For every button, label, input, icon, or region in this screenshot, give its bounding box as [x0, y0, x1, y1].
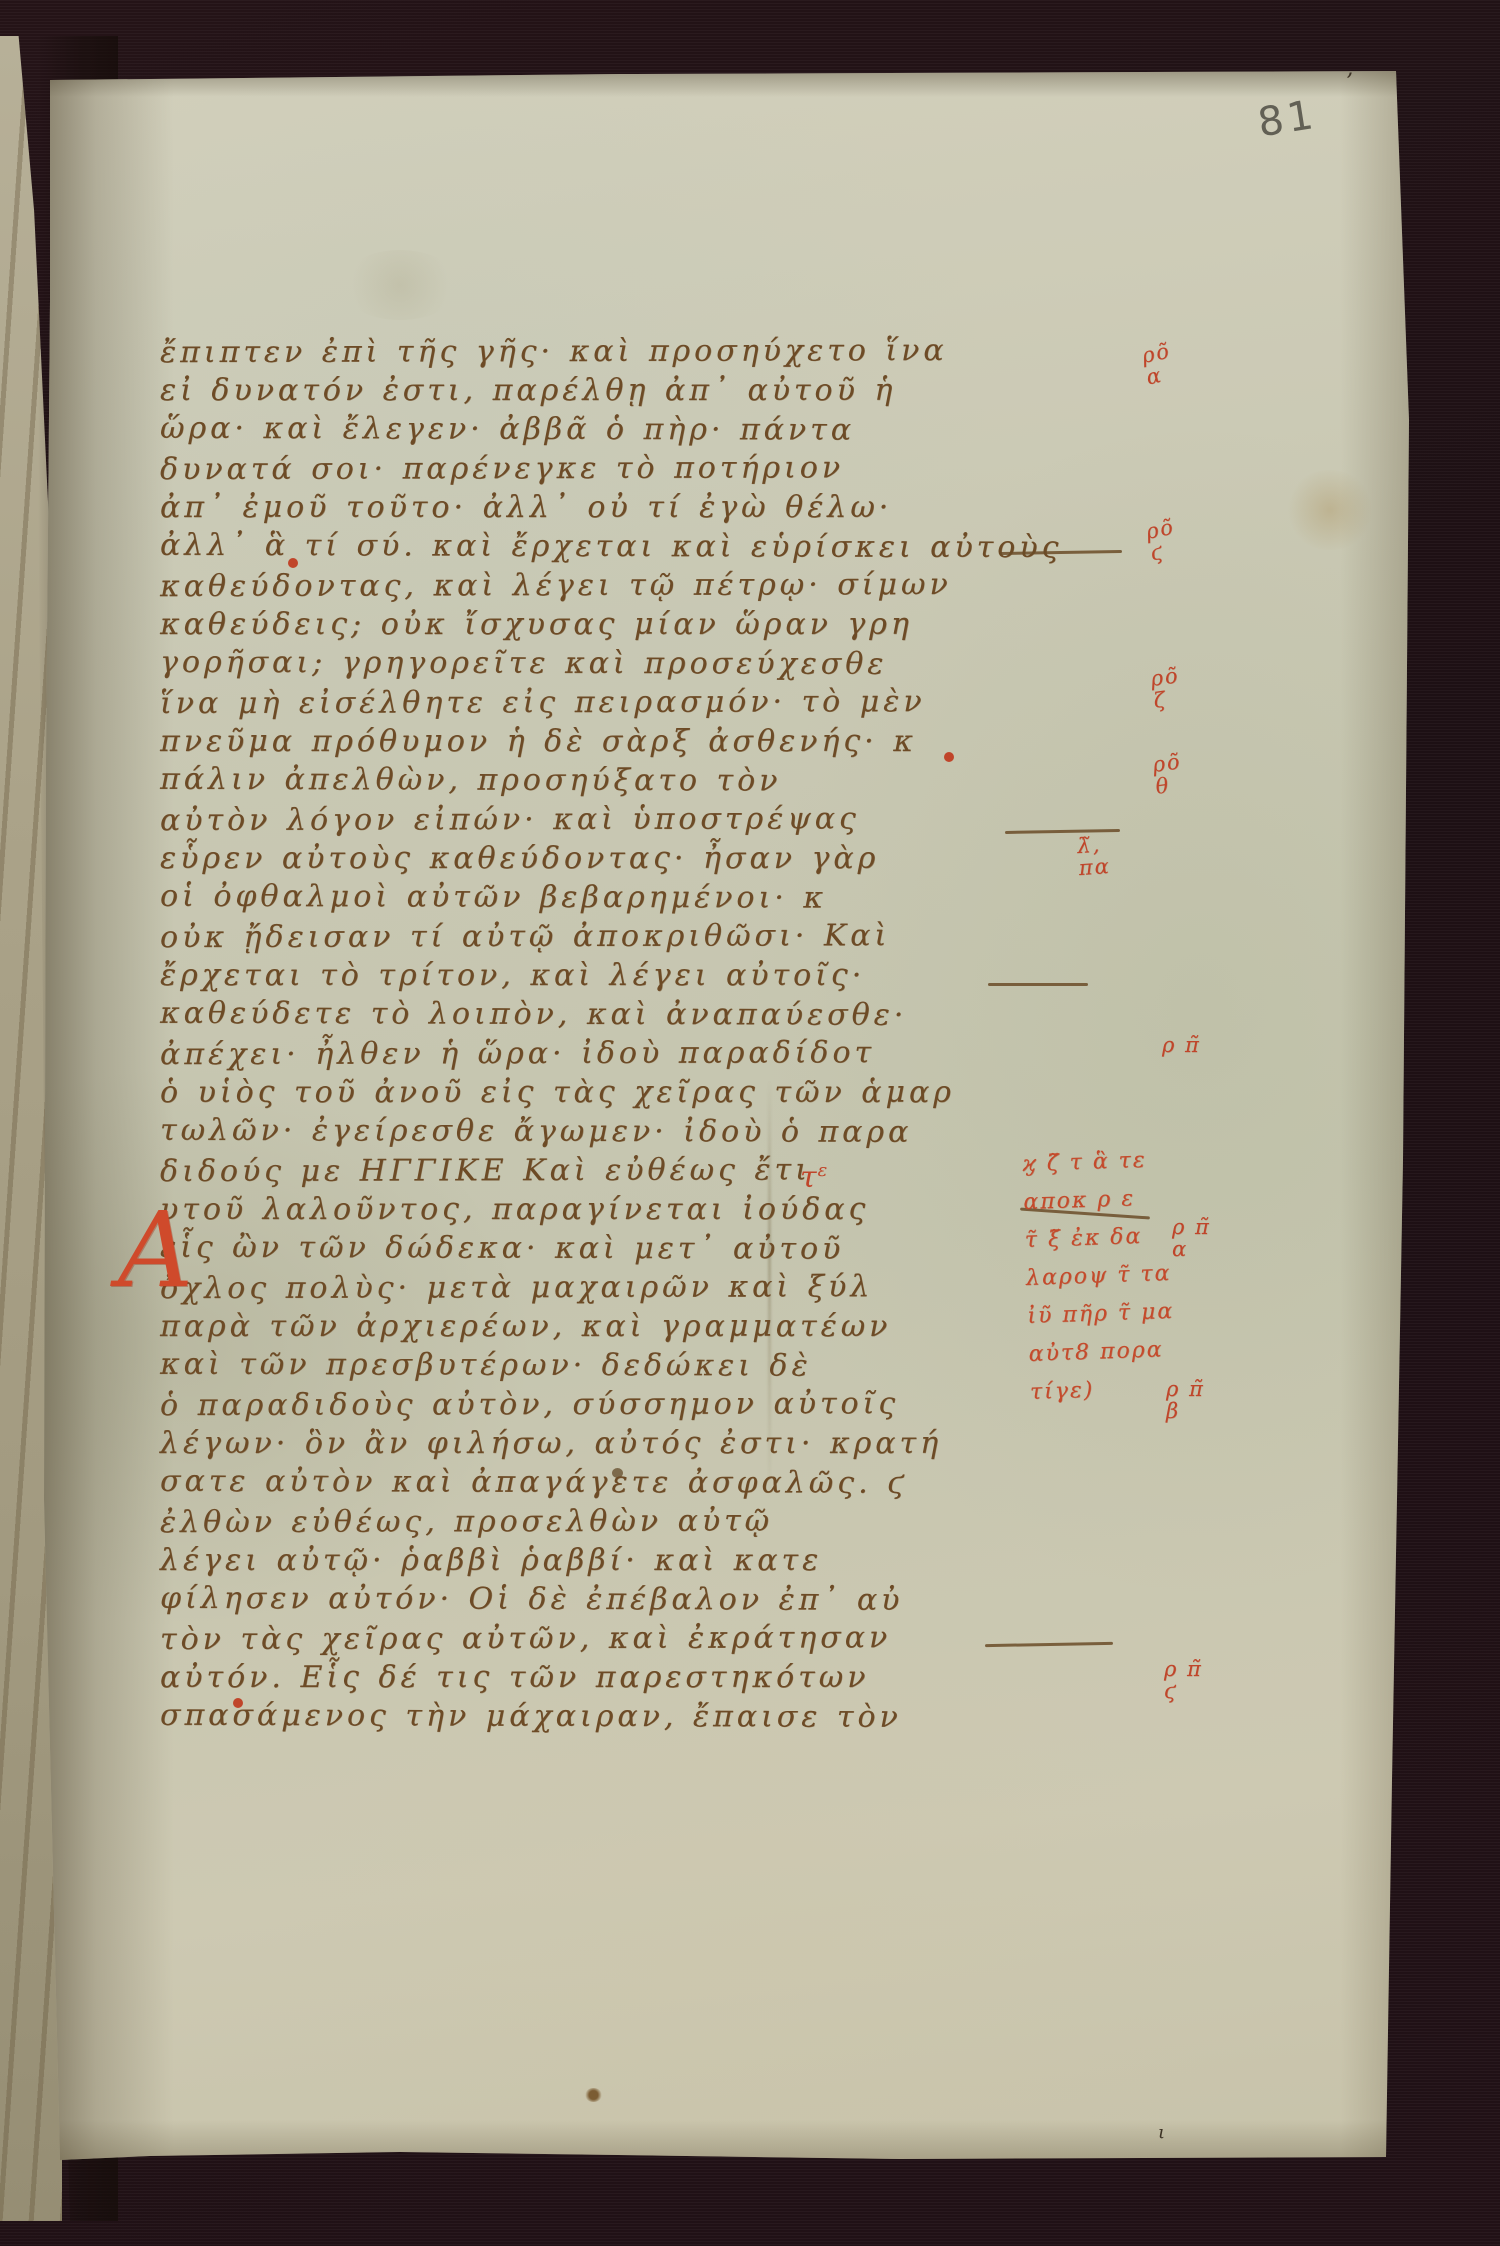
text-line: ἀπ᾽ ἐμοῦ τοῦτο· ἀλλ᾽ οὐ τί ἐγὼ θέλω·: [160, 488, 1040, 527]
text-line: ὁ παραδιδοὺς αὐτὸν, σύσσημον αὐτοῖς: [160, 1384, 1040, 1425]
manuscript-photo: 81 ’ ι ἔπιπτεν ἐπὶ τῆς γῆς· καὶ προσηύχε…: [0, 0, 1500, 2246]
text-line: αὐτὸν λόγον εἰπών· καὶ ὑποστρέψας: [160, 799, 1040, 840]
text-line: σπασάμενος τὴν μάχαιραν, ἔπαισε τὸν: [160, 1696, 1040, 1737]
text-line: εἷς ὢν τῶν δώδεκα· καὶ μετ᾽ αὐτοῦ: [160, 1228, 1040, 1269]
rubric-dot: [288, 558, 298, 568]
text-line: παρὰ τῶν ἀρχιερέων, καὶ γραμματέων: [160, 1307, 1040, 1346]
scholion-line: τίγε): [1029, 1366, 1260, 1412]
manuscript-page: 81 ’ ι ἔπιπτεν ἐπὶ τῆς γῆς· καὶ προσηύχε…: [0, 0, 1500, 2246]
section-number-note: ρ π̃: [1162, 1034, 1201, 1056]
marginal-scholion: ϗ ζ̃ τ ἃ τεαποκ ρ ετ̃ ξ̃ ἐκ δαλαροψ τ̃ τ…: [1021, 1138, 1260, 1412]
text-line: διδούς με ΗΓΓΙΚΕ Καὶ εὐθέως ἔτι: [160, 1150, 1040, 1191]
text-line: ὁ υἱὸς τοῦ ἀνοῦ εἰς τὰς χεῖρας τῶν ἁμαρ: [160, 1073, 1040, 1112]
pen-mark: ’: [1346, 70, 1353, 95]
text-line: δυνατά σοι· παρένεγκε τὸ ποτήριον: [160, 448, 1040, 489]
text-line: ὄχλος πολὺς· μετὰ μαχαιρῶν καὶ ξύλ: [160, 1267, 1040, 1308]
gutter-shadow: [44, 70, 174, 2160]
text-line: καθεύδεις; οὐκ ἴσχυσας μίαν ὥραν γρη: [160, 605, 1040, 644]
telos-lection-mark: τε: [800, 1160, 828, 1195]
text-line: υτοῦ λαλοῦντος, παραγίνεται ἰούδας: [160, 1190, 1040, 1229]
margin-dash: [988, 983, 1088, 986]
text-line: ἐλθὼν εὐθέως, προσελθὼν αὐτῷ: [160, 1501, 1040, 1542]
text-line: εὗρεν αὐτοὺς καθεύδοντας· ἦσαν γὰρ: [160, 839, 1040, 878]
text-line: οἱ ὀφθαλμοὶ αὐτῶν βεβαρημένοι· κ: [160, 877, 1040, 918]
section-number-note: λ̃, πα: [1077, 833, 1112, 879]
rubric-dot: [944, 752, 954, 762]
text-line: λέγων· ὃν ἂν φιλήσω, αὐτός ἐστι· κρατή: [160, 1424, 1040, 1463]
drop-cap-initial: Α: [118, 1198, 193, 1302]
page-right-shade: [1340, 71, 1410, 2159]
text-line: τωλῶν· ἐγείρεσθε ἄγωμεν· ἰδοὺ ὁ παρα: [160, 1111, 1040, 1152]
text-line: αὐτόν. Εἷς δέ τις τῶν παρεστηκότων: [160, 1658, 1040, 1697]
text-line: ἵνα μὴ εἰσέλθητε εἰς πειρασμόν· τὸ μὲν: [160, 682, 1040, 723]
text-line: ἔρχεται τὸ τρίτον, καὶ λέγει αὐτοῖς·: [160, 956, 1040, 995]
text-line: καθεύδετε τὸ λοιπὸν, καὶ ἀναπαύεσθε·: [160, 994, 1040, 1035]
folio-number-pencil: 81: [1255, 92, 1320, 147]
pen-mark: ι: [1158, 2122, 1165, 2143]
parchment-stain: [1285, 470, 1375, 550]
text-line: ἔπιπτεν ἐπὶ τῆς γῆς· καὶ προσηύχετο ἵνα: [160, 331, 1040, 372]
text-line: εἰ δυνατόν ἐστι, παρέλθῃ ἀπ᾽ αὐτοῦ ἡ: [160, 371, 1040, 410]
rubric-dot: [233, 1698, 243, 1708]
text-line: πάλιν ἀπελθὼν, προσηύξατο τὸν: [160, 760, 1040, 801]
text-line: λέγει αὐτῷ· ῥαββὶ ῥαββί· καὶ κατε: [160, 1541, 1040, 1580]
text-line: καὶ τῶν πρεσβυτέρων· δεδώκει δὲ: [160, 1345, 1040, 1386]
text-line: οὐκ ᾔδεισαν τί αὐτῷ ἀποκριθῶσι· Καὶ: [160, 916, 1040, 957]
section-number-note: ρο̃ ϛ: [1144, 515, 1182, 564]
text-line: πνεῦμα πρόθυμον ἡ δὲ σὰρξ ἀσθενής· κ: [160, 722, 1040, 761]
parchment-stain: [340, 250, 460, 320]
section-number-note: ρο̃ α: [1140, 339, 1178, 388]
text-line: σατε αὐτὸν καὶ ἀπαγάγετε ἀσφαλῶς. ϛ: [160, 1462, 1040, 1503]
page-bottom-shade: [50, 2120, 1390, 2160]
text-line: ὥρα· καὶ ἔλεγεν· ἀββᾶ ὁ πὴρ· πάντα: [160, 409, 1040, 450]
parchment-stain: [585, 2088, 602, 2102]
text-line: γορῆσαι; γρηγορεῖτε καὶ προσεύχεσθε: [160, 643, 1040, 684]
page-top-shade: [50, 71, 1400, 97]
text-line: καθεύδοντας, καὶ λέγει τῷ πέτρῳ· σίμων: [160, 565, 1040, 606]
section-number-note: ρο̃ θ: [1151, 750, 1186, 798]
text-line: φίλησεν αὐτόν· Οἱ δὲ ἐπέβαλον ἐπ᾽ αὐ: [160, 1579, 1040, 1620]
text-line: τὸν τὰς χεῖρας αὐτῶν, καὶ ἐκράτησαν: [160, 1618, 1040, 1659]
text-line: ἀπέχει· ἦλθεν ἡ ὥρα· ἰδοὺ παραδίδοτ: [160, 1033, 1040, 1074]
section-number-note: ρ π̃ ϛ: [1164, 1658, 1203, 1702]
section-number-note: ρο̃ ζ: [1149, 664, 1184, 712]
